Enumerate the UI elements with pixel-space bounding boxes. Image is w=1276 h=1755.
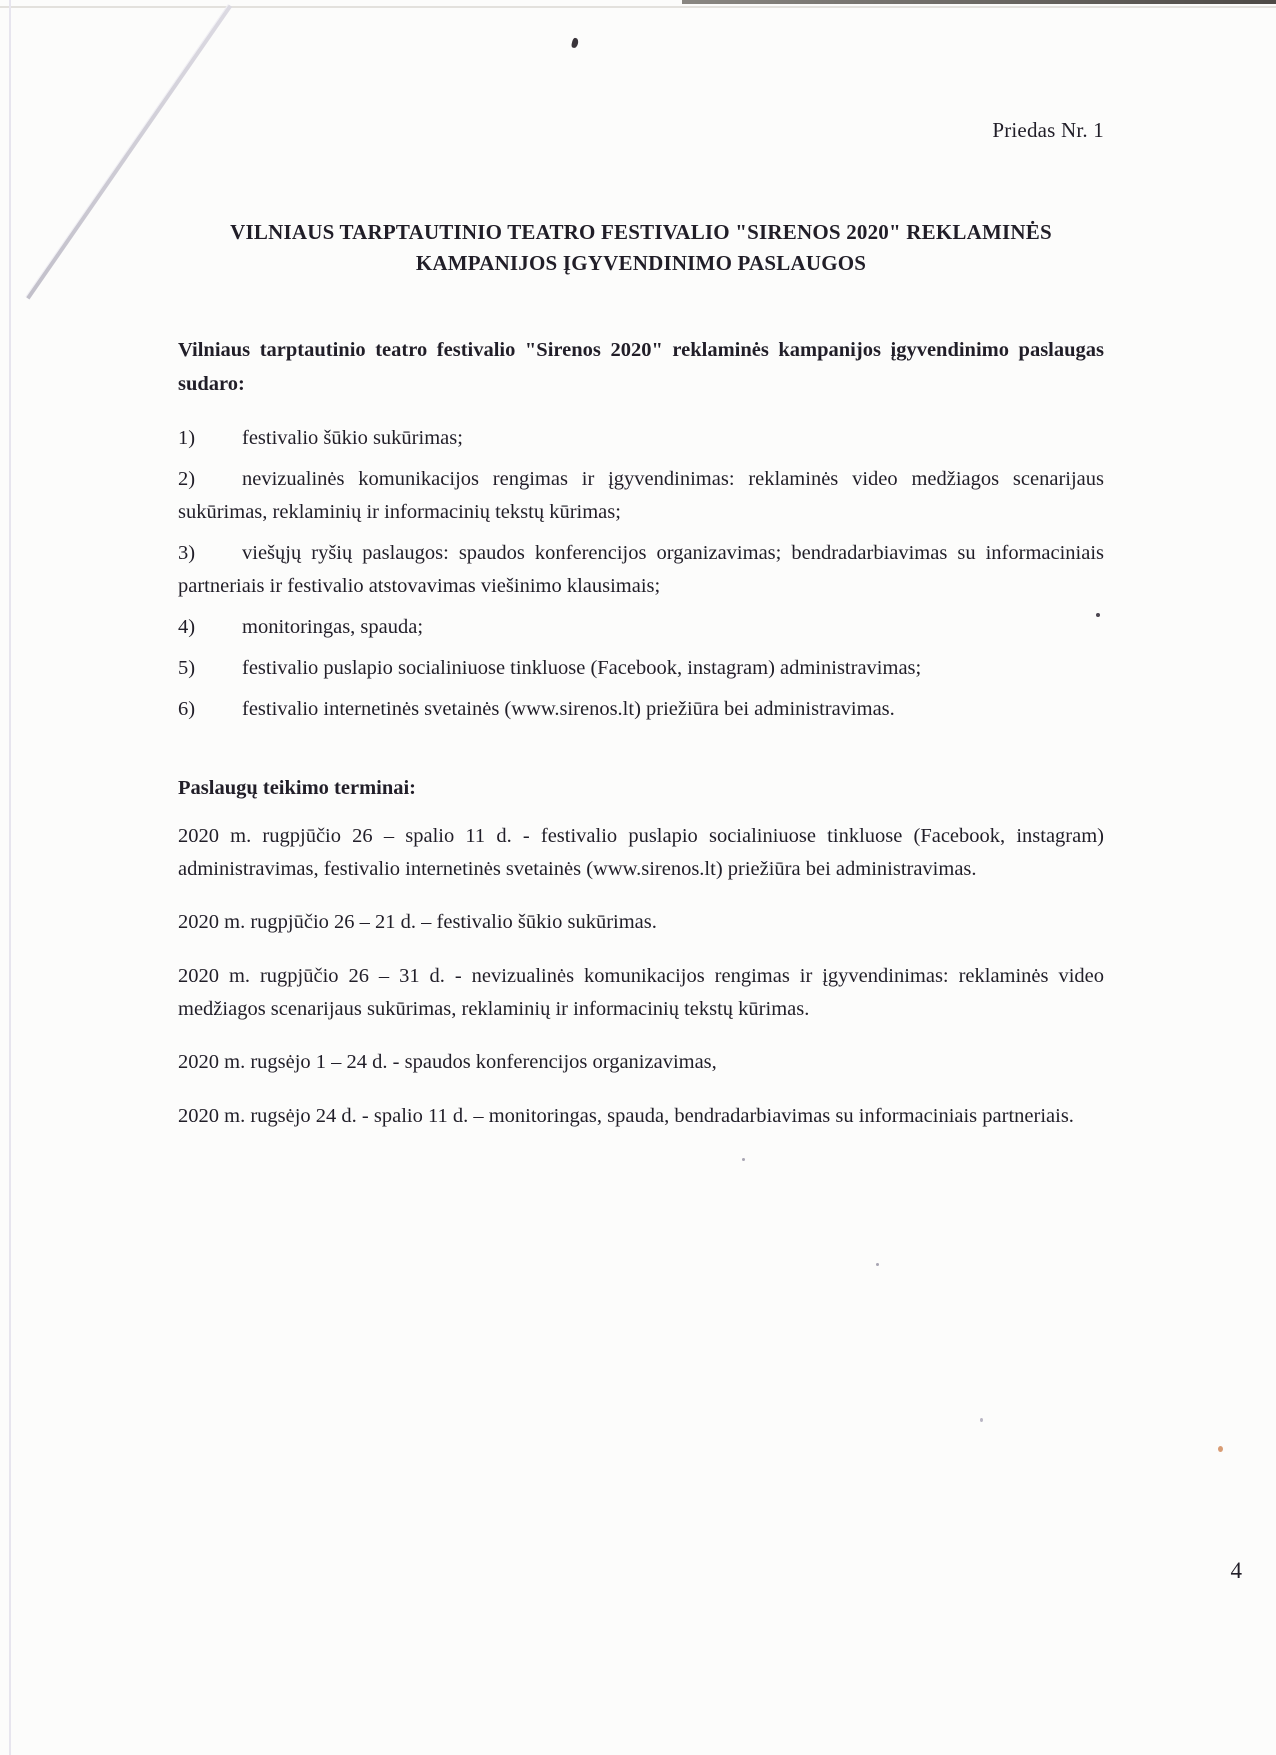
document-content: Priedas Nr. 1 VILNIAUS TARPTAUTINIO TEAT… bbox=[178, 0, 1104, 1153]
term-paragraph: 2020 m. rugpjūčio 26 – 31 d. - nevizuali… bbox=[178, 960, 1104, 1026]
list-item-number: 3) bbox=[178, 537, 242, 570]
list-item: 1)festivalio šūkio sukūrimas; bbox=[178, 422, 1104, 455]
list-item: 4)monitoringas, spauda; bbox=[178, 611, 1104, 644]
list-item-number: 1) bbox=[178, 422, 242, 455]
scan-gray-speck bbox=[742, 1158, 745, 1161]
list-item-number: 5) bbox=[178, 652, 242, 685]
list-item-text: festivalio šūkio sukūrimas; bbox=[242, 427, 463, 449]
list-item-number: 6) bbox=[178, 693, 242, 726]
term-paragraph: 2020 m. rugpjūčio 26 – spalio 11 d. - fe… bbox=[178, 820, 1104, 886]
term-paragraph: 2020 m. rugpjūčio 26 – 21 d. – festivali… bbox=[178, 906, 1104, 939]
annex-label: Priedas Nr. 1 bbox=[178, 118, 1104, 143]
terms-section-heading: Paslaugų teikimo terminai: bbox=[178, 772, 1104, 805]
term-paragraph: 2020 m. rugsėjo 1 – 24 d. - spaudos konf… bbox=[178, 1046, 1104, 1079]
page-number: 4 bbox=[1231, 1558, 1243, 1584]
scan-orange-speck bbox=[1218, 1446, 1223, 1452]
list-item-number: 2) bbox=[178, 463, 242, 496]
list-item-text: nevizualinės komunikacijos rengimas ir į… bbox=[178, 468, 1104, 523]
services-list: 1)festivalio šūkio sukūrimas; 2)nevizual… bbox=[178, 422, 1104, 726]
list-item-text: monitoringas, spauda; bbox=[242, 616, 423, 638]
list-item: 6)festivalio internetinės svetainės (www… bbox=[178, 693, 1104, 726]
list-item-text: viešųjų ryšių paslaugos: spaudos konfere… bbox=[178, 542, 1104, 597]
intro-paragraph: Vilniaus tarptautinio teatro festivalio … bbox=[178, 333, 1104, 401]
list-item-text: festivalio puslapio socialiniuose tinklu… bbox=[242, 657, 921, 679]
scanned-document-page: Priedas Nr. 1 VILNIAUS TARPTAUTINIO TEAT… bbox=[0, 0, 1276, 1755]
scan-gray-speck bbox=[876, 1263, 879, 1266]
list-item: 3)viešųjų ryšių paslaugos: spaudos konfe… bbox=[178, 537, 1104, 603]
scan-left-edge-line bbox=[9, 0, 11, 1755]
document-title: VILNIAUS TARPTAUTINIO TEATRO FESTIVALIO … bbox=[178, 217, 1104, 279]
term-paragraph: 2020 m. rugsėjo 24 d. - spalio 11 d. – m… bbox=[178, 1100, 1104, 1133]
list-item-number: 4) bbox=[178, 611, 242, 644]
list-item: 5)festivalio puslapio socialiniuose tink… bbox=[178, 652, 1104, 685]
list-item-text: festivalio internetinės svetainės (www.s… bbox=[242, 698, 895, 720]
scan-gray-speck bbox=[980, 1418, 983, 1422]
list-item: 2)nevizualinės komunikacijos rengimas ir… bbox=[178, 463, 1104, 529]
